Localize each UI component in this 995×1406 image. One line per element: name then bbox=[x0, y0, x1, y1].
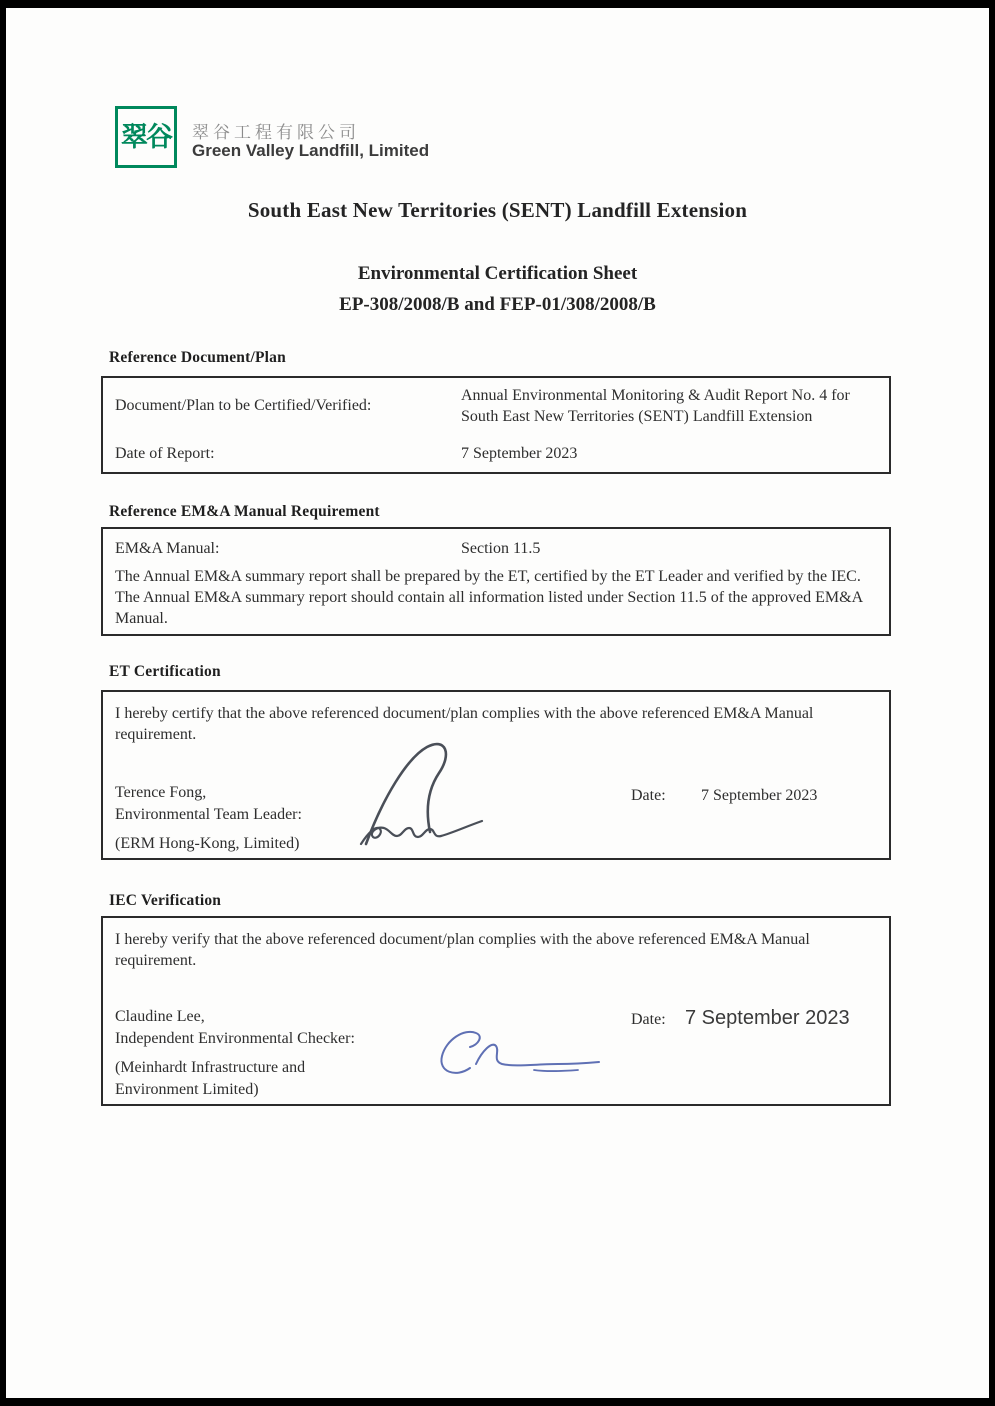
reference-document-row-label: Document/Plan to be Certified/Verified: bbox=[115, 396, 371, 417]
document-subtitle-permits: EP-308/2008/B and FEP-01/308/2008/B bbox=[6, 294, 989, 316]
et-date-value: 7 September 2023 bbox=[701, 787, 817, 805]
document-page: 翠谷 翠谷工程有限公司 Green Valley Landfill, Limit… bbox=[6, 8, 989, 1398]
date-of-report-label: Date of Report: bbox=[115, 444, 215, 465]
date-of-report-value: 7 September 2023 bbox=[461, 444, 577, 465]
et-signatory-title: Environmental Team Leader: bbox=[115, 804, 302, 826]
et-leader-signature bbox=[351, 732, 486, 854]
iec-date-label: Date: bbox=[631, 1011, 666, 1029]
company-name-chinese: 翠谷工程有限公司 bbox=[192, 118, 360, 143]
emna-requirement-box: EM&A Manual: Section 11.5 The Annual EM&… bbox=[101, 527, 891, 636]
section-heading-et-certification: ET Certification bbox=[109, 663, 221, 681]
section-heading-emna-requirement: Reference EM&A Manual Requirement bbox=[109, 503, 380, 521]
et-certification-box: I hereby certify that the above referenc… bbox=[101, 690, 891, 860]
emna-manual-value: Section 11.5 bbox=[461, 539, 540, 560]
iec-date-value: 7 September 2023 bbox=[685, 1007, 850, 1030]
reference-document-row-value: Annual Environmental Monitoring & Audit … bbox=[461, 386, 886, 428]
document-title: South East New Territories (SENT) Landfi… bbox=[6, 198, 989, 223]
iec-signatory-company-line2: Environment Limited) bbox=[115, 1079, 355, 1101]
section-heading-reference-document: Reference Document/Plan bbox=[109, 349, 286, 367]
logo-symbol-text: 翠谷 bbox=[121, 124, 171, 151]
iec-signatory-name: Claudine Lee, bbox=[115, 1006, 355, 1028]
company-logo-icon: 翠谷 bbox=[115, 106, 177, 168]
iec-checker-signature bbox=[418, 1018, 608, 1088]
section-heading-iec-verification: IEC Verification bbox=[109, 892, 221, 910]
iec-verification-box: I hereby verify that the above reference… bbox=[101, 916, 891, 1106]
iec-signatory-title: Independent Environmental Checker: bbox=[115, 1028, 355, 1050]
reference-document-box: Document/Plan to be Certified/Verified: … bbox=[101, 376, 891, 474]
et-signatory-name: Terence Fong, bbox=[115, 782, 302, 804]
emna-requirement-paragraph: The Annual EM&A summary report shall be … bbox=[115, 567, 877, 629]
spacer bbox=[115, 825, 302, 833]
iec-verification-statement: I hereby verify that the above reference… bbox=[115, 930, 890, 972]
et-signatory-block: Terence Fong, Environmental Team Leader:… bbox=[115, 782, 302, 855]
et-date-label: Date: bbox=[631, 787, 666, 805]
emna-manual-label: EM&A Manual: bbox=[115, 539, 219, 560]
et-signatory-company: (ERM Hong-Kong, Limited) bbox=[115, 833, 302, 855]
document-subtitle-sheet: Environmental Certification Sheet bbox=[6, 263, 989, 285]
company-name-english: Green Valley Landfill, Limited bbox=[192, 141, 429, 161]
iec-signatory-company-line1: (Meinhardt Infrastructure and bbox=[115, 1057, 355, 1079]
iec-signatory-block: Claudine Lee, Independent Environmental … bbox=[115, 1006, 355, 1100]
spacer bbox=[115, 1049, 355, 1057]
